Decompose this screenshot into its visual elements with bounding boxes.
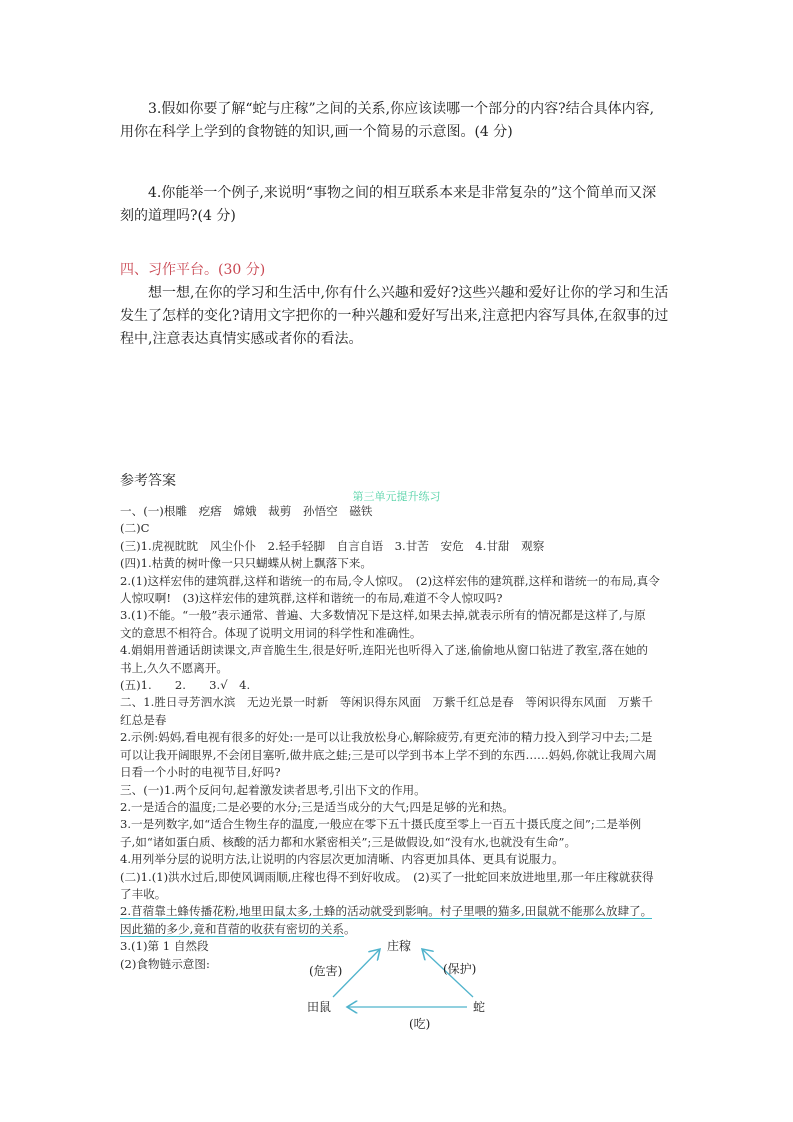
answer-line: 4.用列举分层的说明方法,让说明的内容层次更加清晰、内容更加具体、更具有说服力。 [120,851,680,868]
document-page: 3.假如你要了解“蛇与庄稼”之间的关系,你应该读哪一个部分的内容?结合具体内容,… [0,0,793,1122]
answer-line: (五)1. 2. 3.√ 4. [120,677,680,694]
answer-line: 文的意思不相符合。体现了说明文用词的科学性和准确性。 [120,625,680,642]
underlined-answer-line: 2.苜蓿靠土蜂传播花粉,地里田鼠太多,土蜂的活动就受到影响。村子里喂的猫多,田鼠… [120,903,680,920]
answer-line: 人惊叹啊! (3)这样宏伟的建筑群,这样和谐统一的布局,难道不令人惊叹吗? [120,590,680,607]
answer-line: 2.一是适合的温度;二是必要的水分;三是适当成分的大气;四是足够的光和热。 [120,799,680,816]
answer-line: (三)1.虎视眈眈 风尘仆仆 2.轻手轻脚 自言自语 3.甘苦 安危 4.甘甜 … [120,538,680,555]
answer-line: 书上,久久不愿离开。 [120,660,680,677]
question-3-line-1: 3.假如你要了解“蛇与庄稼”之间的关系,你应该读哪一个部分的内容?结合具体内容, [120,98,680,121]
question-4-line-1: 4.你能举一个例子,来说明“事物之间的相互联系本来是非常复杂的”这个简单而又深 [120,182,680,205]
question-4-line-2: 刻的道理吗?(4 分) [120,205,680,228]
writing-heading: 四、习作平台。(30 分) [120,259,680,282]
food-chain-diagram: 庄稼 (危害) (保护) 田鼠 蛇 (吃) [295,935,510,1035]
answer-line: 4.娟娟用普通话朗读课文,声音脆生生,很是好听,连阳光也听得入了迷,偷偷地从窗口… [120,642,680,659]
node-snake: 蛇 [473,998,485,1015]
edge-label-protect: (保护) [443,960,476,977]
answer-list: 一、(一)根雕 疙瘩 嫦娥 裁剪 孙悟空 磁铁 (二)C (三)1.虎视眈眈 风… [120,503,680,973]
answer-line: 了丰收。 [120,886,680,903]
question-3-line-2: 用你在科学上学到的食物链的知识,画一个简易的示意图。(4 分) [120,121,680,144]
answer-line: 红总是春 [120,712,680,729]
answer-line: 日看一个小时的电视节目,好吗? [120,764,680,781]
answer-line: 2.(1)这样宏伟的建筑群,这样和谐统一的布局,令人惊叹。 (2)这样宏伟的建筑… [120,573,680,590]
answer-line: 子,如“诸如蛋白质、核酸的活力都和水紧密相关”;三是做假设,如“没有水,也就没有… [120,834,680,851]
writing-line-1: 想一想,在你的学习和生活中,你有什么兴趣和爱好?这些兴趣和爱好让你的学习和生活 [120,282,680,305]
answers-subtitle: 第三单元提升练习 [0,488,793,504]
node-crops: 庄稼 [387,937,411,954]
question-4: 4.你能举一个例子,来说明“事物之间的相互联系本来是非常复杂的”这个简单而又深 … [120,182,680,228]
answer-line: 三、(一)1.两个反问句,起着激发读者思考,引出下文的作用。 [120,782,680,799]
edge-label-harm: (危害) [309,962,342,979]
answer-line: 3.一是列数字,如“适合生物生存的温度,一般应在零下五十摄氏度至零上一百五十摄氏… [120,816,680,833]
answer-line: 可以让我开阔眼界,不会闭目塞听,做井底之蛙;三是可以学到书本上学不到的东西……妈… [120,747,680,764]
answer-line: (二)1.(1)洪水过后,即使风调雨顺,庄稼也得不到好收成。 (2)买了一批蛇回… [120,869,680,886]
writing-line-2: 发生了怎样的变化?请用文字把你的一种兴趣和爱好写出来,注意把内容写具体,在叙事的… [120,305,680,328]
answer-line: 3.(1)不能。“一般”表示通常、普遍、大多数情况下是这样,如果去掉,就表示所有… [120,607,680,624]
node-field-rat: 田鼠 [307,998,331,1015]
answer-line: 二、1.胜日寻芳泗水滨 无边光景一时新 等闲识得东风面 万紫千红总是春 等闲识得… [120,694,680,711]
writing-section: 四、习作平台。(30 分) 想一想,在你的学习和生活中,你有什么兴趣和爱好?这些… [120,259,680,351]
underlined-text: 2.苜蓿靠土蜂传播花粉,地里田鼠太多,土蜂的活动就受到影响。村子里喂的猫多,田鼠… [120,904,652,919]
answer-line: 2.示例:妈妈,看电视有很多的好处:一是可以让我放松身心,解除疲劳,有更充沛的精… [120,729,680,746]
answers-title: 参考答案 [120,470,176,490]
edge-label-eat: (吃) [409,1015,430,1032]
answer-line: (四)1.枯黄的树叶像一只只蝴蝶从树上飘落下来。 [120,555,680,572]
question-3: 3.假如你要了解“蛇与庄稼”之间的关系,你应该读哪一个部分的内容?结合具体内容,… [120,98,680,144]
answer-line: (二)C [120,520,680,537]
answer-line: 一、(一)根雕 疙瘩 嫦娥 裁剪 孙悟空 磁铁 [120,503,680,520]
writing-line-3: 程中,注意表达真情实感或者你的看法。 [120,328,680,351]
